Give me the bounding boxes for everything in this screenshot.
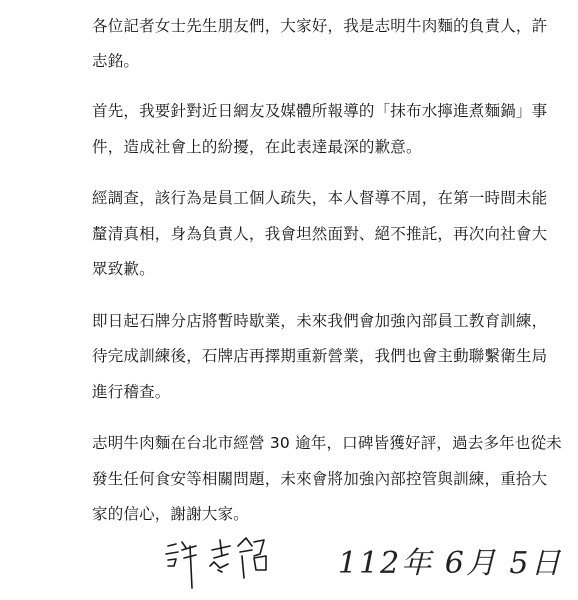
paragraph-1-line-1: 各位記者女士先生朋友們，大家好，我是志明牛肉麵的負責人，許 xyxy=(92,16,547,36)
handwritten-signature: 112年 6月 5日 xyxy=(162,532,522,592)
paragraph-3-line-1: 經調查，該行為是員工個人疏失，本人督導不周，在第一時間未能 xyxy=(92,188,547,208)
statement-document: 各位記者女士先生朋友們，大家好，我是志明牛肉麵的負責人，許 志銘。 首先，我要針… xyxy=(0,0,578,600)
paragraph-4-line-3: 進行稽查。 xyxy=(92,382,171,402)
paragraph-1-line-2: 志銘。 xyxy=(92,51,139,71)
paragraph-2-line-1: 首先，我要針對近日網友及媒體所報導的「抹布水擰進煮麵鍋」事 xyxy=(92,101,547,121)
paragraph-4-line-2: 待完成訓練後，石牌店再擇期重新營業，我們也會主動聯繫衛生局 xyxy=(92,346,547,366)
paragraph-5-line-1: 志明牛肉麵在台北市經營 30 逾年，口碑皆獲好評，過去多年也從未 xyxy=(92,433,562,453)
paragraph-5-line-2: 發生任何食安等相關問題，未來會將加強內部控管與訓練，重拾大 xyxy=(92,469,547,489)
signature-date: 112年 6月 5日 xyxy=(338,538,563,582)
paragraph-4-line-1: 即日起石牌分店將暫時歇業，未來我們會加強內部員工教育訓練， xyxy=(92,311,547,331)
paragraph-5-line-3: 家的信心，謝謝大家。 xyxy=(92,504,249,524)
paragraph-3-line-3: 眾致歉。 xyxy=(92,259,155,279)
paragraph-3-line-2: 釐清真相，身為負責人，我會坦然面對、絕不推託，再次向社會大 xyxy=(92,224,547,244)
paragraph-2-line-2: 件，造成社會上的紛擾，在此表達最深的歉意。 xyxy=(92,137,422,157)
